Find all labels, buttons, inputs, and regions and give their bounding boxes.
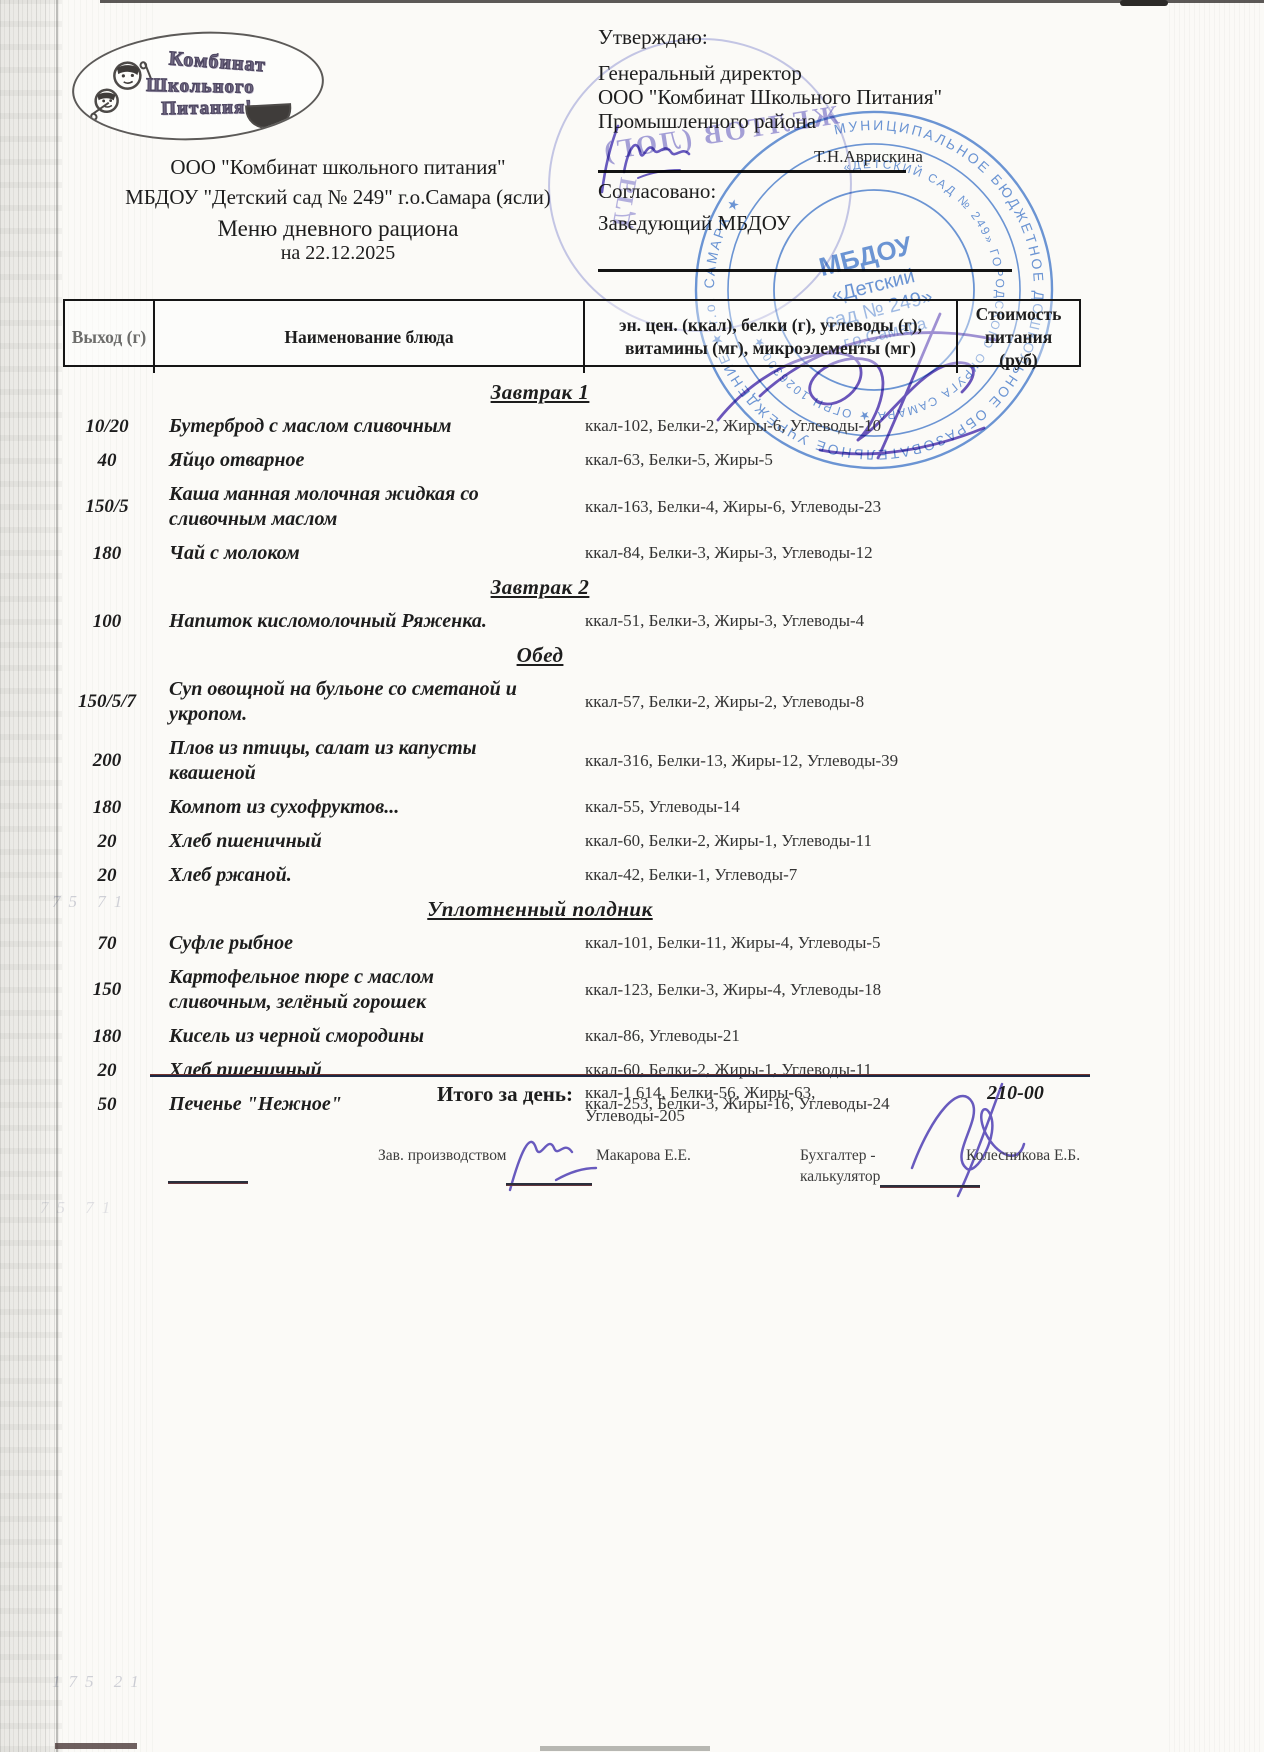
section-title: Завтрак 2 [3,575,1077,600]
dish-output: 100 [63,611,151,633]
column-header-output: Выход (г) [65,301,153,373]
pencil-mark-2: 75 71 [40,1198,118,1218]
total-label: Итого за день: [63,1082,581,1107]
scanned-menu-document: 75 71 75 71 175 21 Комбинат Школьного Пи… [0,0,1264,1752]
dish-nutrition: ккал-55, Углеводы-14 [581,796,954,819]
dish-nutrition: ккал-163, Белки-4, Жиры-6, Углеводы-23 [581,496,954,519]
menu-row: 100Напиток кисломолочный Ряженка.ккал-51… [63,609,1077,634]
dish-name: Каша манная молочная жидкая со сливочным… [151,482,581,532]
menu-row: 10/20Бутерброд с маслом сливочнымккал-10… [63,414,1077,439]
table-header-row: Выход (г) Наименование блюда эн. цен. (к… [63,299,1081,367]
menu-row: 20Хлеб пшеничныйккал-60, Белки-2, Жиры-1… [63,829,1077,854]
dish-name: Кисель из черной смородины [151,1024,581,1049]
dish-output: 20 [63,831,151,853]
logo-word-3: Питания! [161,97,253,121]
production-manager-role: Зав. производством [378,1146,506,1167]
scan-blob-top [1120,0,1168,6]
menu-row: 20Хлеб ржаной.ккал-42, Белки-1, Углеводы… [63,863,1077,888]
dish-output: 150/5/7 [63,691,151,713]
dish-output: 180 [63,797,151,819]
accountant-role-line-1: Бухгалтер - [800,1146,880,1167]
menu-row: 150/5Каша манная молочная жидкая со слив… [63,482,1077,532]
dish-output: 180 [63,1026,151,1048]
dish-nutrition: ккал-51, Белки-3, Жиры-3, Углеводы-4 [581,610,954,633]
dish-output: 20 [63,1060,151,1082]
production-manager-underline [506,1183,592,1186]
dish-name: Суфле рыбное [151,931,581,956]
menu-row: 180Компот из сухофруктов...ккал-55, Угле… [63,795,1077,820]
section-title: Уплотненный полдник [3,897,1077,922]
dish-name: Чай с молоком [151,541,581,566]
dish-nutrition: ккал-102, Белки-2, Жиры-6, Углеводы-10 [581,415,954,438]
dish-output: 70 [63,933,151,955]
org-line-2: МБДОУ "Детский сад № 249" г.о.Самара (яс… [58,182,618,212]
dish-nutrition: ккал-123, Белки-3, Жиры-4, Углеводы-18 [581,979,954,1002]
menu-row: 180Кисель из черной смородиныккал-86, Уг… [63,1024,1077,1049]
column-header-nutrition: эн. цен. (ккал), белки (г), углеводы (г)… [583,301,956,373]
dish-name: Хлеб пшеничный [151,829,581,854]
scan-edge-line-top [100,0,1264,3]
dish-nutrition: ккал-316, Белки-13, Жиры-12, Углеводы-39 [581,750,954,773]
dish-nutrition: ккал-42, Белки-1, Углеводы-7 [581,864,954,887]
menu-row: 180Чай с молокомккал-84, Белки-3, Жиры-3… [63,541,1077,566]
dish-nutrition: ккал-84, Белки-3, Жиры-3, Углеводы-12 [581,542,954,565]
dish-output: 180 [63,543,151,565]
org-header-block: ООО "Комбинат школьного питания" МБДОУ "… [58,152,618,265]
dish-name: Хлеб ржаной. [151,863,581,888]
document-date: на 22.12.2025 [58,242,618,265]
org-line-1: ООО "Комбинат школьного питания" [58,152,618,182]
dish-nutrition: ккал-101, Белки-11, Жиры-4, Углеводы-5 [581,932,954,955]
accountant-role: Бухгалтер - калькулятор [800,1146,880,1188]
dish-name: Напиток кисломолочный Ряженка. [151,609,581,634]
left-margin-underline [168,1181,248,1184]
dish-output: 10/20 [63,416,151,438]
dish-nutrition: ккал-60, Белки-2, Жиры-1, Углеводы-11 [581,830,954,853]
dish-output: 20 [63,865,151,887]
logo-pot-drawing [245,103,292,129]
logo-word-2: Школьного [146,75,255,99]
menu-row: 150Картофельное пюре с маслом сливочным,… [63,965,1077,1015]
column-header-dish: Наименование блюда [153,301,583,373]
section-title: Обед [3,643,1077,668]
menu-row: 40Яйцо отварноеккал-63, Белки-5, Жиры-5 [63,448,1077,473]
dish-output: 150/5 [63,496,151,518]
menu-row: 200Плов из птицы, салат из капусты кваше… [63,736,1077,786]
dish-name: Хлеб пшеничный [151,1058,581,1083]
pencil-mark-3: 175 21 [52,1672,147,1692]
dish-name: Бутерброд с маслом сливочным [151,414,581,439]
approve-word: Утверждаю: [598,26,1028,50]
scan-noise-band-left [0,0,62,1752]
dish-output: 40 [63,450,151,472]
accountant-underline [880,1185,980,1188]
document-title: Меню дневного рациона [58,216,618,242]
dish-output: 200 [63,750,151,772]
column-header-price: Стоимость питания (руб) [956,301,1079,373]
production-manager-signature-ink [500,1118,610,1198]
scan-mark-bottom-left [55,1743,137,1749]
menu-row: 150/5/7Суп овощной на бульоне со сметано… [63,677,1077,727]
dish-name: Суп овощной на бульоне со сметаной и укр… [151,677,581,727]
section-title: Завтрак 1 [3,380,1077,405]
dish-nutrition: ккал-57, Белки-2, Жиры-2, Углеводы-8 [581,691,954,714]
menu-table-body: Завтрак 110/20Бутерброд с маслом сливочн… [63,371,1077,1126]
scan-mark-bottom-center [540,1746,710,1751]
menu-row: 70Суфле рыбноеккал-101, Белки-11, Жиры-4… [63,931,1077,956]
dish-name: Компот из сухофруктов... [151,795,581,820]
logo-word-1: Комбинат [168,48,266,78]
dish-nutrition: ккал-86, Углеводы-21 [581,1025,954,1048]
dish-name: Картофельное пюре с маслом сливочным, зе… [151,965,581,1015]
accountant-signature-ink [890,1072,1030,1202]
scan-noise-band-right [1169,0,1264,1752]
dish-output: 150 [63,979,151,1001]
dish-nutrition: ккал-63, Белки-5, Жиры-5 [581,449,954,472]
production-manager-name: Макарова Е.Е. [596,1146,691,1167]
accountant-role-line-2: калькулятор [800,1167,880,1188]
accountant-name: Колесникова Е.Б. [966,1146,1080,1167]
dish-name: Яйцо отварное [151,448,581,473]
dish-name: Плов из птицы, салат из капусты квашеной [151,736,581,786]
